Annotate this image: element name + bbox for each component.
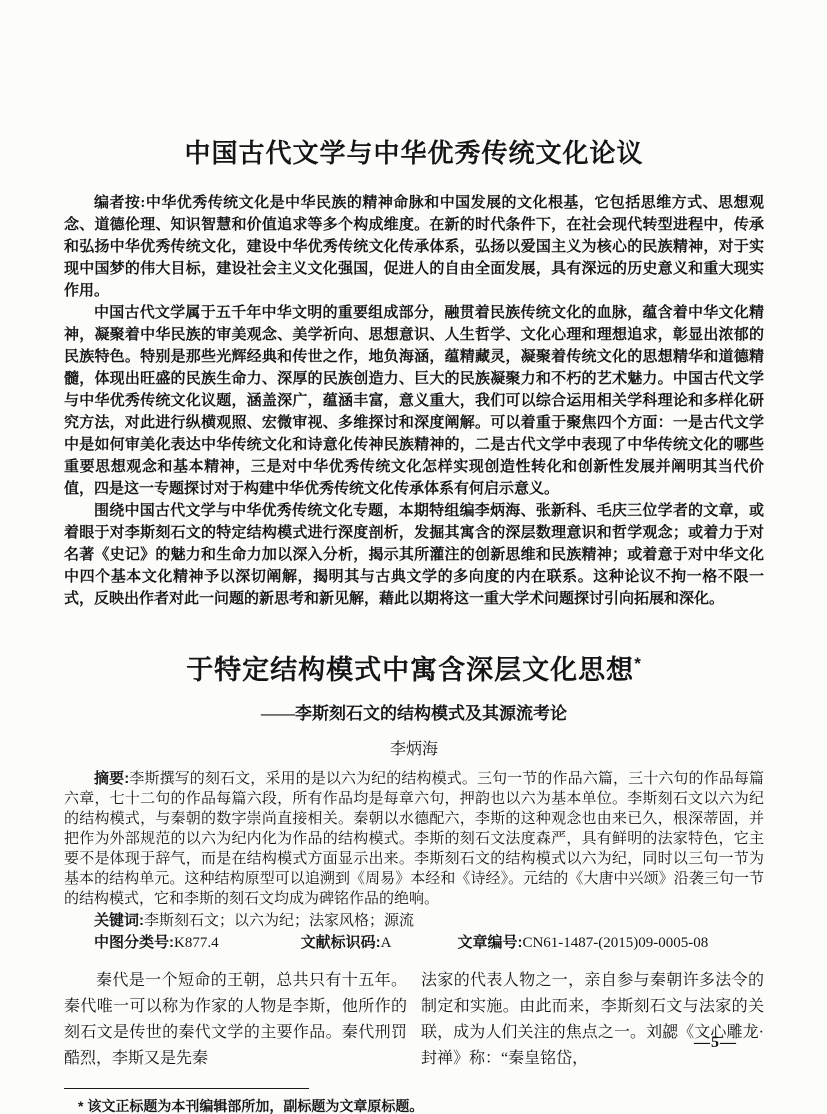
article-author: 李炳海 — [64, 739, 764, 761]
article-id-label: 文章编号: — [457, 934, 522, 951]
editor-note-paragraph-2: 中国古代文学属于五千年中华文明的重要组成部分，融贯着民族传统文化的血脉，蕴含着中… — [64, 302, 764, 500]
doc-code-value: A — [381, 935, 392, 951]
article-title-text: 于特定结构模式中寓含深层文化思想 — [186, 655, 634, 685]
title-footnote-marker: * — [634, 654, 642, 673]
article-id-group: 文章编号:CN61-1487-(2015)09-0005-08 — [457, 935, 708, 951]
abstract-paragraph: 摘要:李斯撰写的刻石文，采用的是以六为纪的结构模式。三句一节的作品六篇，三十六句… — [64, 769, 764, 909]
page-number: —5— — [694, 1034, 737, 1052]
article-id-value: CN61-1487-(2015)09-0005-08 — [522, 935, 708, 951]
editor-note-text-1: 中华优秀传统文化是中华民族的精神命脉和中国发展的文化根基，它包括思维方式、思想观… — [64, 195, 764, 299]
footnote: * 该文正标题为本刊编辑部所加，副标题为文章原标题。 — [64, 1096, 764, 1114]
keywords-label: 关键词: — [94, 912, 144, 929]
body-column-right: 法家的代表人物之一，亲自参与秦朝许多法令的制定和实施。由此而来，李斯刻石文与法家… — [421, 968, 764, 1072]
clc-group: 中图分类号:K877.4 — [94, 935, 219, 951]
body-text-right: 法家的代表人物之一，亲自参与秦朝许多法令的制定和实施。由此而来，李斯刻石文与法家… — [421, 968, 764, 1072]
body-text-left: 秦代是一个短命的王朝，总共只有十五年。秦代唯一可以称为作家的人物是李斯，他所作的… — [64, 968, 407, 1072]
journal-page: 中国古代文学与中华优秀传统文化论议 编者按:中华优秀传统文化是中华民族的精神命脉… — [0, 0, 827, 1114]
footnote-marker: * — [78, 1098, 83, 1114]
doc-code-group: 文献标识码:A — [301, 935, 392, 951]
clc-value: K877.4 — [174, 935, 219, 951]
article-subtitle: ——李斯刻石文的结构模式及其源流考论 — [64, 702, 764, 726]
editor-note-paragraph-3: 围绕中国古代文学与中华优秀传统文化专题，本期特组编李炳海、张新科、毛庆三位学者的… — [64, 500, 764, 610]
article-title: 于特定结构模式中寓含深层文化思想* — [64, 646, 764, 688]
footnote-divider — [64, 1088, 309, 1089]
article-body-columns: 秦代是一个短命的王朝，总共只有十五年。秦代唯一可以称为作家的人物是李斯，他所作的… — [64, 968, 764, 1072]
keywords-text: 李斯刻石文；以六为纪；法家风格；源流 — [144, 913, 414, 929]
classification-line: 中图分类号:K877.4文献标识码:A文章编号:CN61-1487-(2015)… — [64, 932, 764, 954]
doc-code-label: 文献标识码: — [301, 934, 381, 951]
clc-label: 中图分类号: — [94, 934, 174, 951]
abstract-label: 摘要: — [94, 770, 129, 787]
keywords-line: 关键词:李斯刻石文；以六为纪；法家风格；源流 — [64, 910, 764, 932]
body-column-left: 秦代是一个短命的王朝，总共只有十五年。秦代唯一可以称为作家的人物是李斯，他所作的… — [64, 968, 407, 1072]
abstract-text: 李斯撰写的刻石文，采用的是以六为纪的结构模式。三句一节的作品六篇，三十六句的作品… — [64, 771, 764, 907]
editor-note-label: 编者按: — [94, 195, 145, 211]
footnote-text: 该文正标题为本刊编辑部所加，副标题为文章原标题。 — [87, 1098, 423, 1114]
editor-note-section: 编者按:中华优秀传统文化是中华民族的精神命脉和中国发展的文化根基，它包括思维方式… — [64, 192, 764, 610]
forum-title: 中国古代文学与中华优秀传统文化论议 — [64, 0, 764, 170]
editor-note-paragraph-1: 编者按:中华优秀传统文化是中华民族的精神命脉和中国发展的文化根基，它包括思维方式… — [64, 192, 764, 302]
